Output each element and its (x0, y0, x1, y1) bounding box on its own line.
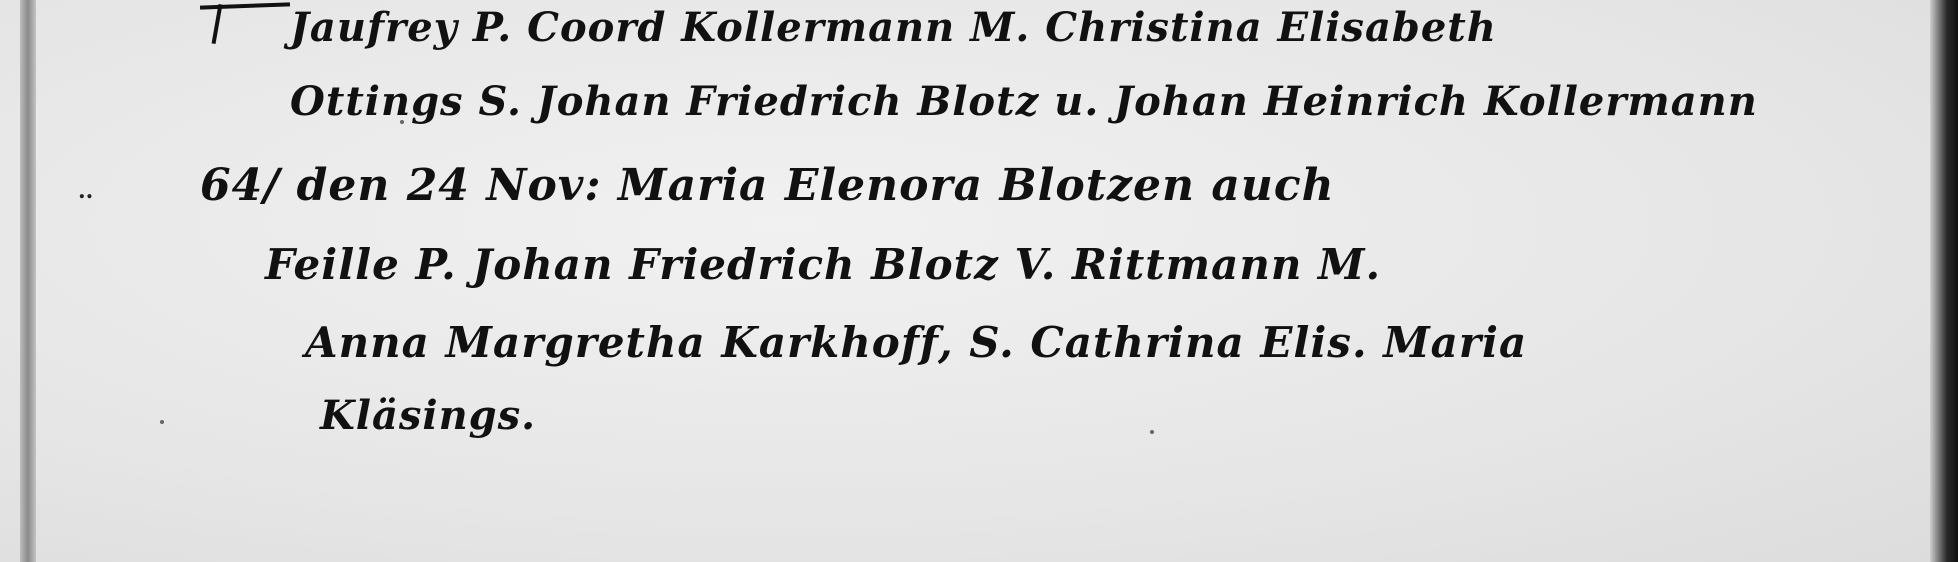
document-page: .. Jaufrey P. Coord Kollermann M. Christ… (0, 0, 1958, 562)
page-left-edge (20, 0, 36, 562)
handwritten-line-4: Feille P. Johan Friedrich Blotz V. Rittm… (265, 240, 1381, 289)
handwritten-line-6: Kläsings. (320, 392, 536, 439)
paper-speck (160, 420, 164, 424)
page-binding-edge (1930, 0, 1958, 562)
handwritten-line-1: Jaufrey P. Coord Kollermann M. Christina… (290, 4, 1497, 51)
paper-speck (1150, 430, 1154, 434)
pen-stroke (212, 4, 223, 44)
handwritten-line-3-entry: 64/ den 24 Nov: Maria Elenora Blotzen au… (200, 160, 1335, 211)
handwritten-line-5: Anna Margretha Karkhoff, S. Cathrina Eli… (305, 318, 1527, 367)
handwritten-line-2: Ottings S. Johan Friedrich Blotz u. Joha… (290, 78, 1758, 125)
margin-mark: .. (78, 178, 93, 204)
paper-speck (400, 120, 404, 124)
pen-stroke (200, 2, 290, 9)
